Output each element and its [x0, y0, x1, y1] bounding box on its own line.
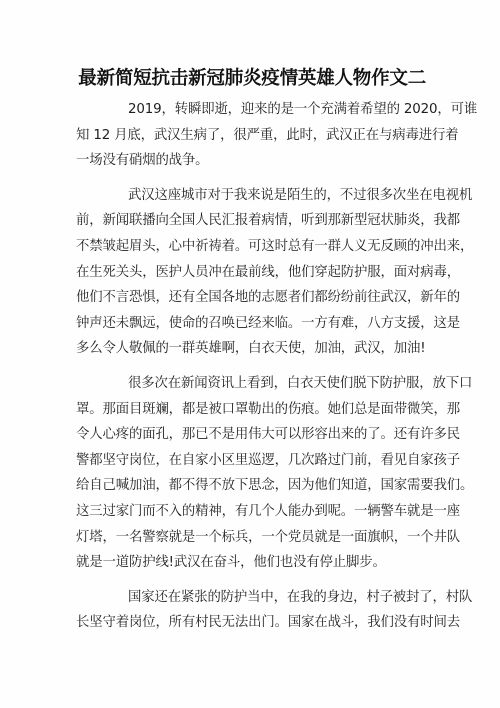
text-line: 很多次在新闻资讯上看到，白衣天使们脱下防护服，放下口	[76, 371, 428, 397]
document-title: 最新简短抗击新冠肺炎疫情英雄人物作文二	[76, 66, 426, 92]
text-line: 多么令人敬佩的一群英雄啊，白衣天使，加油，武汉，加油!	[76, 336, 428, 362]
document-page: 最新简短抗击新冠肺炎疫情英雄人物作文二 2019，转瞬即逝，迎来的是一个充满着希…	[0, 0, 500, 708]
text-line: 国家还在紧张的防护当中，在我的身边，村子被封了，村队	[76, 585, 428, 611]
text-line: 前，新闻联播向全国人民汇报着病情，听到那新型冠状肺炎，我都	[76, 208, 428, 234]
text-line: 不禁皱起眉头，心中祈祷着。可这时总有一群人义无反顾的冲出来，	[76, 234, 428, 260]
text-line: 令人心疼的面孔，那已不是用伟大可以形容出来的了。还有许多民	[76, 422, 428, 448]
text-line: 2019，转瞬即逝，迎来的是一个充满着希望的 2020，可谁	[76, 97, 428, 123]
text-line: 就是一道防护线!武汉在奋斗，他们也没有停止脚步。	[76, 550, 428, 576]
paragraph-gap	[76, 174, 428, 183]
text-line: 一场没有硝烟的战争。	[76, 148, 428, 174]
paragraph-1: 2019，转瞬即逝，迎来的是一个充满着希望的 2020，可谁 知 12 月底，武…	[76, 97, 428, 174]
text-line: 在生死关头，医护人员冲在最前线，他们穿起防护服，面对病毒，	[76, 260, 428, 286]
paragraph-3: 很多次在新闻资讯上看到，白衣天使们脱下防护服，放下口 罩。那面目斑斓，都是被口罩…	[76, 371, 428, 576]
text-line: 长坚守着岗位，所有村民无法出门。国家在战斗，我们没有时间去	[76, 610, 428, 636]
paragraph-gap	[76, 362, 428, 371]
paragraph-gap	[76, 576, 428, 585]
text-line: 罩。那面目斑斓，都是被口罩勒出的伤痕。她们总是面带微笑，那	[76, 397, 428, 423]
paragraph-2: 武汉这座城市对于我来说是陌生的，不过很多次坐在电视机 前，新闻联播向全国人民汇报…	[76, 183, 428, 362]
text-line: 这三过家门而不入的精神，有几个人能办到呢。一辆警车就是一座	[76, 499, 428, 525]
text-line: 钟声还未飘远，使命的召唤已经来临。一方有难，八方支援，这是	[76, 311, 428, 337]
document-body: 2019，转瞬即逝，迎来的是一个充满着希望的 2020，可谁 知 12 月底，武…	[76, 97, 428, 636]
text-line: 武汉这座城市对于我来说是陌生的，不过很多次坐在电视机	[76, 183, 428, 209]
paragraph-4: 国家还在紧张的防护当中，在我的身边，村子被封了，村队 长坚守着岗位，所有村民无法…	[76, 585, 428, 636]
text-line: 知 12 月底，武汉生病了，很严重，此时，武汉正在与病毒进行着	[76, 123, 428, 149]
text-line: 他们不言恐惧，还有全国各地的志愿者们都纷纷前往武汉，新年的	[76, 285, 428, 311]
text-line: 警都坚守岗位，在自家小区里巡逻，几次路过门前，看见自家孩子	[76, 448, 428, 474]
text-line: 给自己喊加油，都不得不放下思念，因为他们知道，国家需要我们。	[76, 473, 428, 499]
text-line: 灯塔，一名警察就是一个标兵，一个党员就是一面旗帜，一个井队	[76, 525, 428, 551]
